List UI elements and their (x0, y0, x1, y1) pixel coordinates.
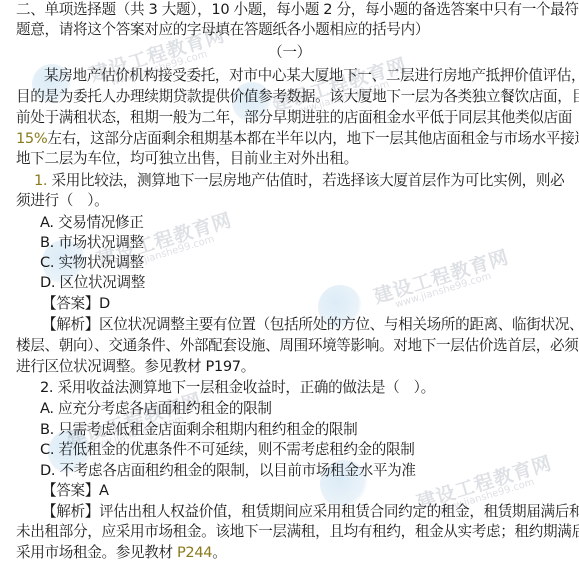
question-1-stem: 1. 采用比较法，测算地下一层房地产估值时，若选择该大厦首层作为可比实例，则必 (34, 171, 579, 191)
question-2-option-d[interactable]: D. 不考虑各店面租约租金的限制，以目前市场租金水平为准 (40, 461, 579, 481)
question-1-option-a[interactable]: A. 交易情况修正 (40, 213, 579, 233)
page-reference: P197 (205, 358, 240, 375)
exam-document: 建设工程教育网 www.jianshe99.com 建设工程教育网 www.ji… (0, 0, 579, 567)
question-1-stem-cont: 须进行（ ）。 (16, 191, 572, 211)
question-2-answer: 【答案】A (42, 481, 579, 501)
question-1-option-c[interactable]: C. 实物状况调整 (40, 253, 579, 273)
question-1-analysis: 【解析】区位状况调整主要有位置（包括所处的方位、与相关场所的距离、临街状况、 (42, 315, 572, 335)
question-2-analysis: 【解析】评估出租人权益价值，租赁期间应采用租赁合同约定的租金，租赁期届满后和 (42, 502, 572, 522)
percent-value: 15% (16, 130, 47, 147)
question-2-stem: 2. 采用收益法测算地下一层租金收益时，正确的做法是（ ）。 (40, 378, 579, 398)
question-1-option-b[interactable]: B. 市场状况调整 (40, 233, 579, 253)
group-label: （一） (0, 43, 579, 63)
question-2-option-b[interactable]: B. 只需考虑低租金店面剩余租期内租约租金的限制 (40, 420, 579, 440)
section-heading-line2: 题意，请将这个答案对应的字母填在答题纸各小题相应的括号内） (16, 20, 572, 40)
question-2-analysis-cont: 未出租部分，应采用市场租金。该地下一层满租，且均有租约，租金从实考虑；租约期满后… (16, 522, 572, 542)
question-1-analysis-cont: 楼层、朝向）、交通条件、外部配套设施、周围环境等影响。对地下一层估价选首层，必须 (16, 336, 572, 356)
scenario-line: 地下二层为车位，均可独立出售，目前业主对外出租。 (16, 149, 572, 169)
question-2-option-a[interactable]: A. 应充分考虑各店面租约租金的限制 (40, 399, 579, 419)
scenario-line: 前处于满租状态，租期一般为二年，部分早期进驻的店面租金水平低于同层其他类似店面 (16, 108, 572, 128)
question-1-option-d[interactable]: D. 区位状况调整 (40, 273, 579, 293)
question-number: 2. (40, 379, 53, 396)
question-2-analysis-cont: 采用市场租金。参见教材 P244。 (16, 543, 572, 563)
question-1-answer: 【答案】D (42, 294, 579, 314)
scenario-line: 目的是为委托人办理续期贷款提供价值参考数据。该大厦地下一层为各类独立餐饮店面，目 (16, 87, 572, 107)
page-reference: P244 (177, 544, 212, 561)
section-heading-line1: 二、单项选择题（共 3 大题），10 小题，每小题 2 分，每小题的备选答案中只… (16, 0, 572, 20)
question-2-option-c[interactable]: C. 若低租金的优惠条件不可延续，则不需考虑租约金的限制 (40, 440, 579, 460)
scenario-line: 某房地产估价机构接受委托，对市中心某大厦地下一、二层进行房地产抵押价值评估， (44, 66, 572, 86)
scenario-line: 15%左右，这部分店面剩余租期基本都在半年以内，地下一层其他店面租金与市场水平接… (16, 129, 572, 149)
question-1-analysis-cont: 进行区位状况调整。参见教材 P197。 (16, 357, 572, 377)
question-number: 1. (34, 172, 47, 189)
